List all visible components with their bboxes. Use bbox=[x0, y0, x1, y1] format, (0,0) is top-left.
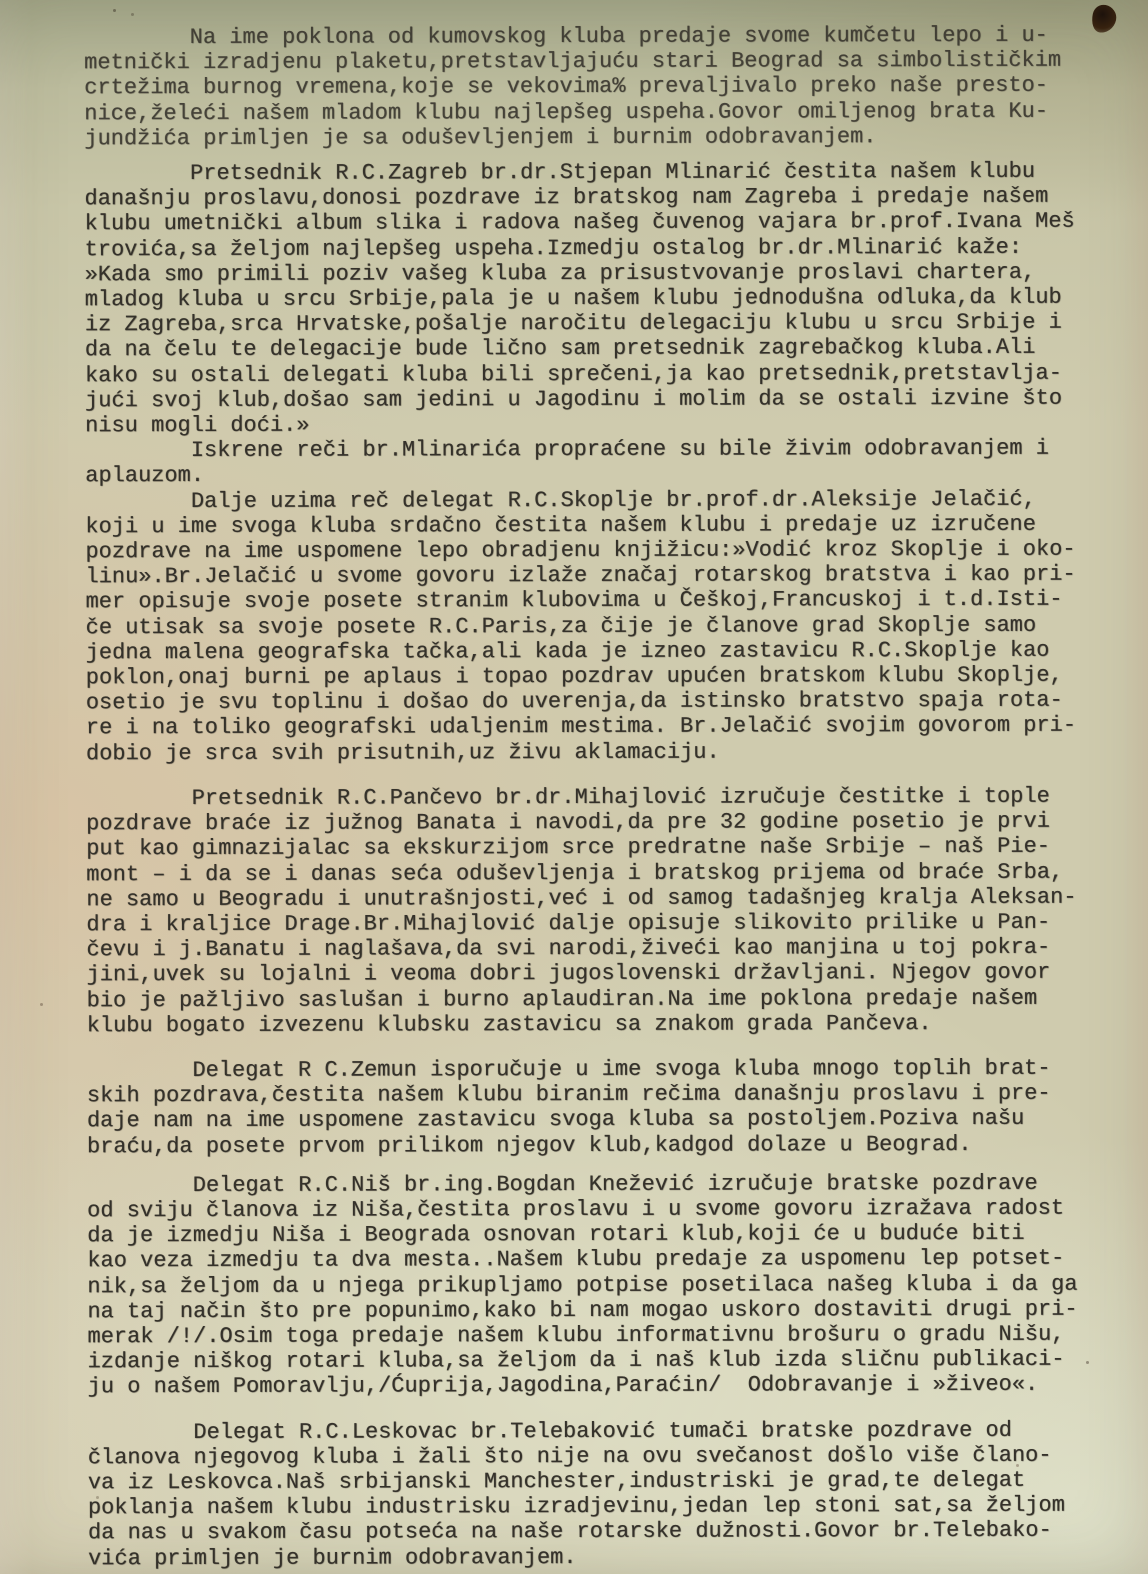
paragraph-nis-delegate: Delegat R.C.Niš br.ing.Bogdan Knežević i… bbox=[87, 1170, 1138, 1400]
typewritten-text: Na ime poklona od kumovskog kluba predaj… bbox=[0, 0, 1148, 1571]
paragraph-zagreb-president: Pretsednik R.C.Zagreb br.dr.Stjepan Mlin… bbox=[84, 159, 1135, 439]
paragraph-mlinaric-applause: Iskrene reči br.Mlinarića propraćene su … bbox=[85, 436, 1135, 489]
paragraph-leskovac-delegate: Delegat R.C.Leskovac br.Telebaković tuma… bbox=[88, 1417, 1138, 1571]
paper-specks bbox=[0, 0, 3, 3]
paragraph-skoplje-delegate: Dalje uzima reč delegat R.C.Skoplje br.p… bbox=[85, 486, 1136, 766]
paragraph-zemun-delegate: Delegat R C.Zemun isporučuje u ime svoga… bbox=[87, 1055, 1137, 1159]
document-page: Na ime poklona od kumovskog kluba predaj… bbox=[0, 0, 1148, 1574]
paragraph-gift-plaque: Na ime poklona od kumovskog kluba predaj… bbox=[84, 23, 1134, 152]
paragraph-pancevo-president: Pretsednik R.C.Pančevo br.dr.Mihajlović … bbox=[86, 783, 1137, 1038]
